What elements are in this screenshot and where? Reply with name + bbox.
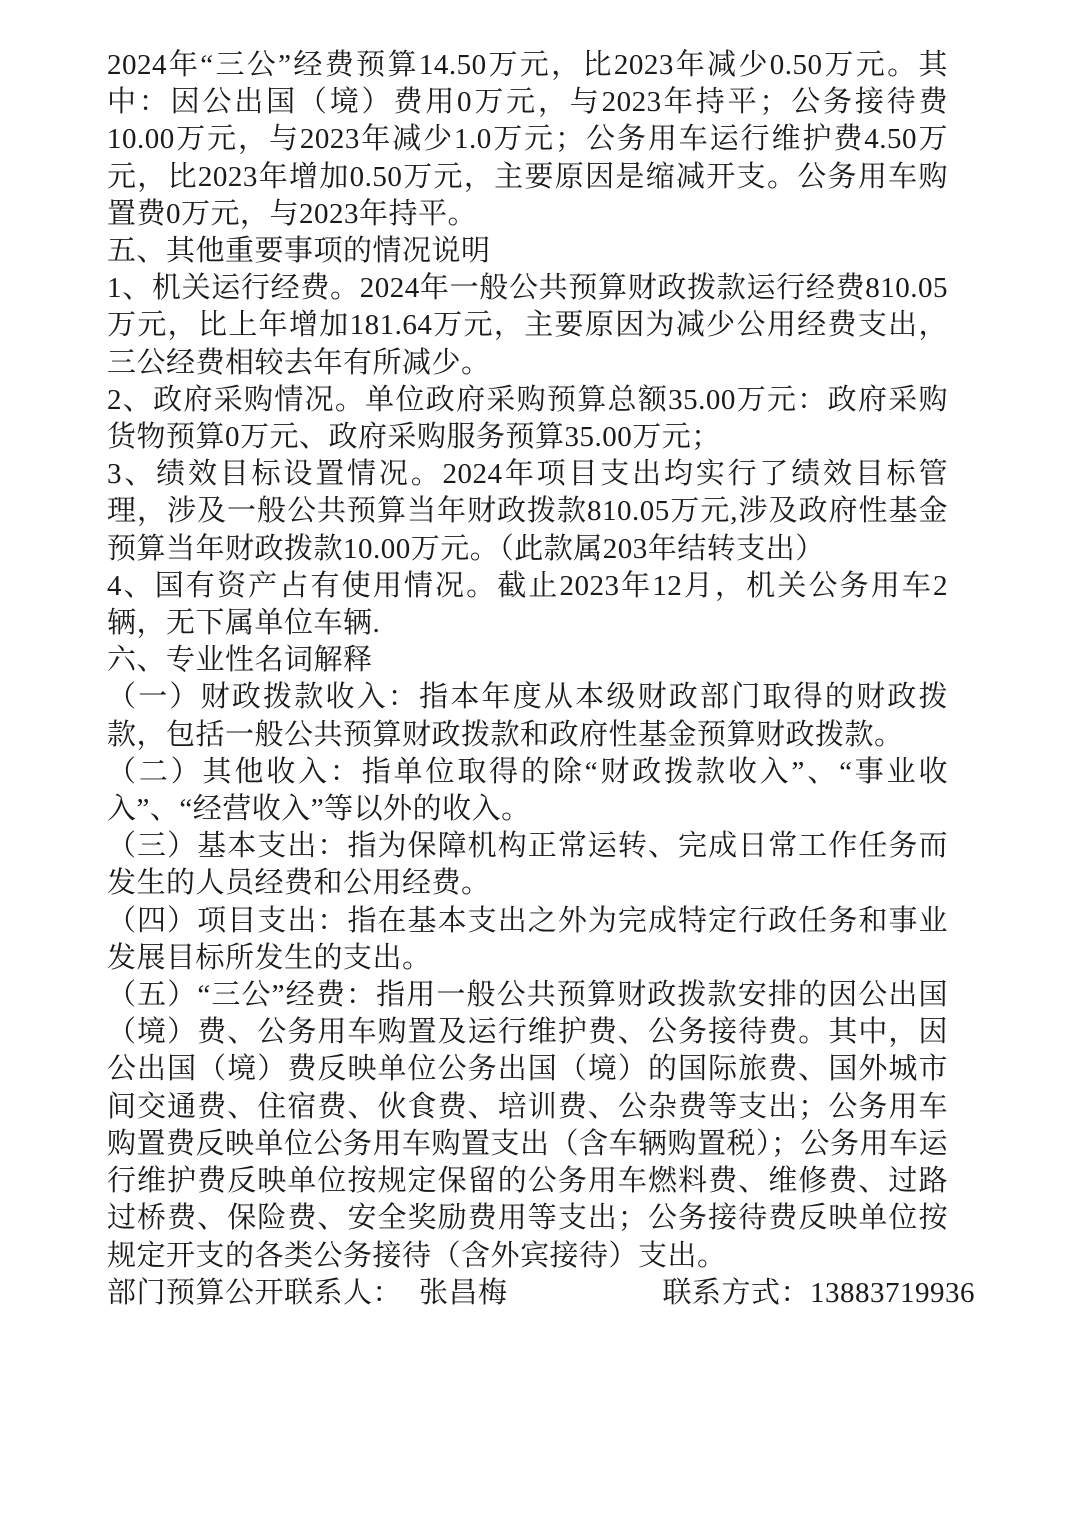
contact-phone-label: 联系方式： (663, 1277, 811, 1309)
para-agency-operating-expenses: 1、机关运行经费。2024年一般公共预算财政拨款运行经费810.05万元，比上年… (107, 270, 948, 382)
para-term-other-income: （二）其他收入：指单位取得的除“财政拨款收入”、“事业收入”、“经营收入”等以外… (107, 754, 948, 828)
contact-phone-number: 13883719936 (810, 1277, 975, 1309)
contact-person-label: 部门预算公开联系人： (107, 1277, 402, 1309)
para-term-basic-expenditure: （三）基本支出：指为保障机构正常运转、完成日常工作任务而发生的人员经费和公用经费… (107, 828, 948, 902)
contact-line: 部门预算公开联系人：张昌梅联系方式：13883719936 (107, 1275, 948, 1312)
para-performance-targets: 3、绩效目标设置情况。2024年项目支出均实行了绩效目标管理，涉及一般公共预算当… (107, 456, 948, 568)
contact-person-name: 张昌梅 (419, 1277, 508, 1309)
para-government-procurement: 2、政府采购情况。单位政府采购预算总额35.00万元：政府采购货物预算0万元、政… (107, 382, 948, 456)
para-three-public-budget: 2024年“三公”经费预算14.50万元，比2023年减少0.50万元。其中：因… (107, 47, 948, 233)
document-page: 2024年“三公”经费预算14.50万元，比2023年减少0.50万元。其中：因… (0, 0, 1074, 1519)
para-state-owned-assets: 4、国有资产占有使用情况。截止2023年12月，机关公务用车2辆，无下属单位车辆… (107, 568, 948, 642)
para-term-three-public-funds: （五）“三公”经费：指用一般公共预算财政拨款安排的因公出国（境）费、公务用车购置… (107, 977, 948, 1275)
heading-section-five-other-important-matters: 五、其他重要事项的情况说明 (107, 233, 948, 270)
para-term-project-expenditure: （四）项目支出：指在基本支出之外为完成特定行政任务和事业发展目标所发生的支出。 (107, 903, 948, 977)
heading-section-six-terminology: 六、专业性名词解释 (107, 642, 948, 679)
para-term-fiscal-appropriation-income: （一）财政拨款收入：指本年度从本级财政部门取得的财政拨款，包括一般公共预算财政拨… (107, 679, 948, 753)
